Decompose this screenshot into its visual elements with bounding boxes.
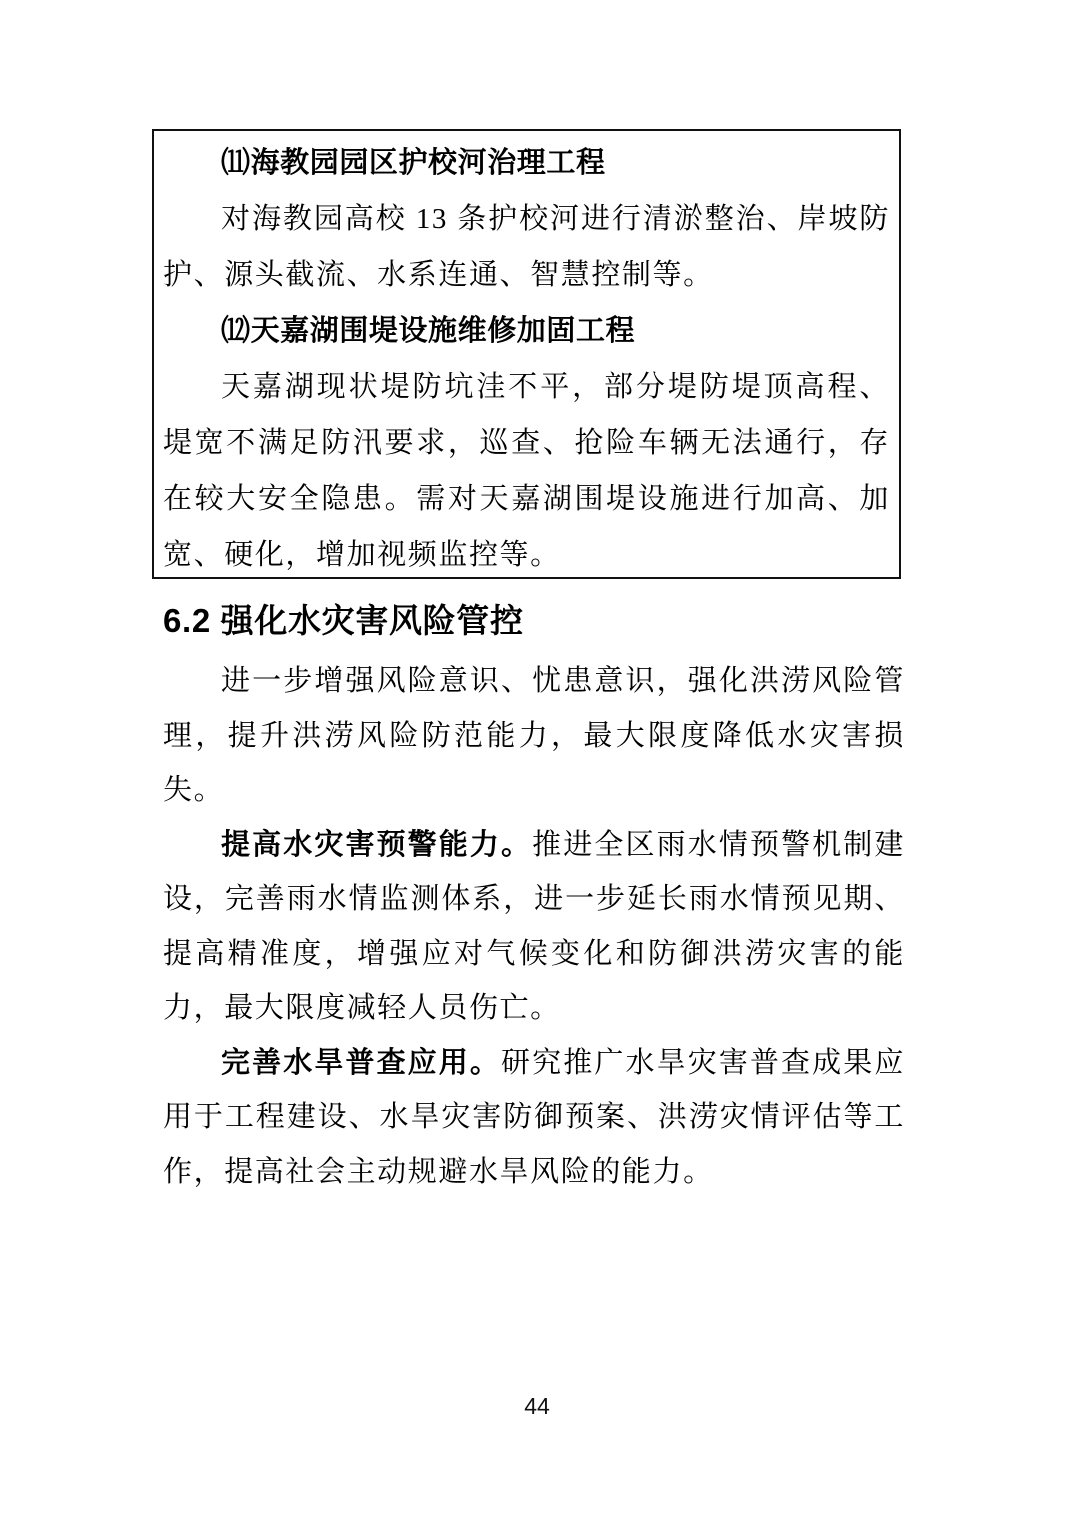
section-heading: 6.2 强化水灾害风险管控 — [163, 598, 905, 644]
project-text-box: ⑾海教园园区护校河治理工程 对海教园高校 13 条护校河进行清淤整治、岸坡防护、… — [152, 129, 901, 579]
section-6-2: 6.2 强化水灾害风险管控 进一步增强风险意识、忧患意识，强化洪涝风险管理，提升… — [163, 598, 905, 1199]
page-number: 44 — [0, 1391, 1074, 1421]
document-page: ⑾海教园园区护校河治理工程 对海教园高校 13 条护校河进行清淤整治、岸坡防护、… — [0, 0, 1074, 1520]
paragraph-3-lead: 完善水旱普查应用。 — [221, 1047, 501, 1079]
paragraph-2-lead: 提高水灾害预警能力。 — [221, 829, 532, 861]
project-paragraph-11: 对海教园高校 13 条护校河进行清淤整治、岸坡防护、源头截流、水系连通、智慧控制… — [163, 191, 890, 303]
project-paragraph-12: 天嘉湖现状堤防坑洼不平，部分堤防堤顶高程、堤宽不满足防汛要求，巡查、抢险车辆无法… — [163, 359, 890, 583]
paragraph-1-body: 进一步增强风险意识、忧患意识，强化洪涝风险管理，提升洪涝风险防范能力，最大限度降… — [163, 665, 905, 806]
section-paragraph-2: 提高水灾害预警能力。推进全区雨水情预警机制建设，完善雨水情监测体系，进一步延长雨… — [163, 818, 905, 1036]
project-heading-11: ⑾海教园园区护校河治理工程 — [163, 135, 890, 191]
project-heading-12: ⑿天嘉湖围堤设施维修加固工程 — [163, 303, 890, 359]
section-paragraph-3: 完善水旱普查应用。研究推广水旱灾害普查成果应用于工程建设、水旱灾害防御预案、洪涝… — [163, 1036, 905, 1200]
section-paragraph-1: 进一步增强风险意识、忧患意识，强化洪涝风险管理，提升洪涝风险防范能力，最大限度降… — [163, 654, 905, 818]
